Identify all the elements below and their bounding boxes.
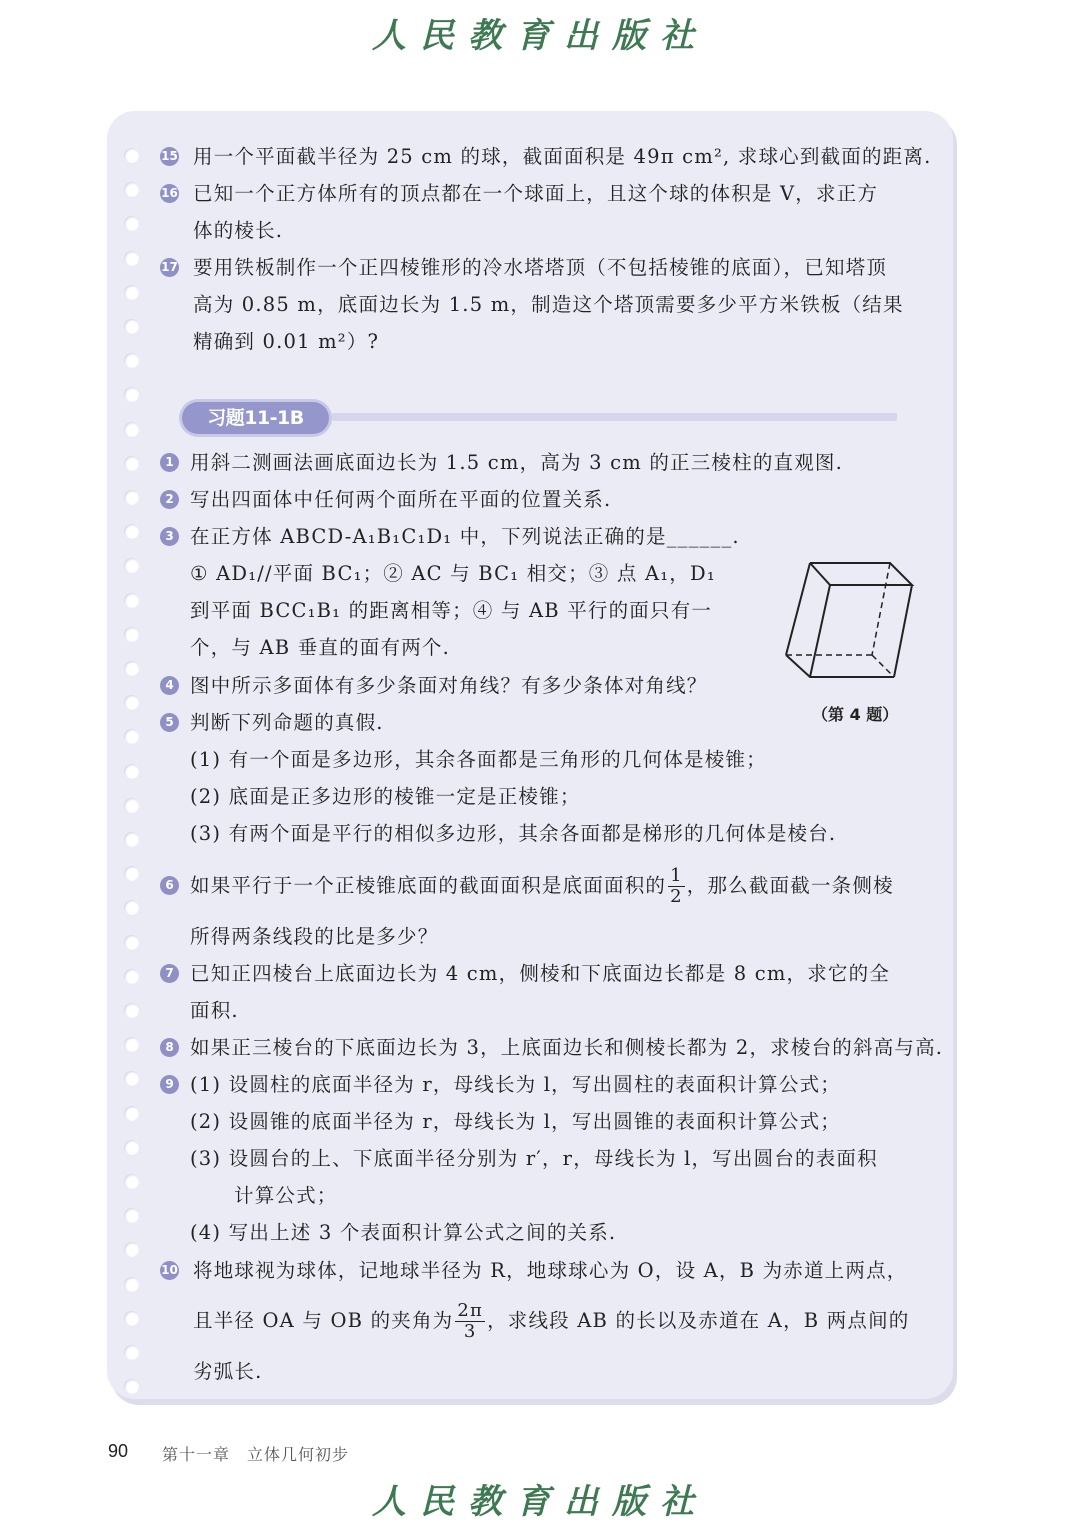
problem-badge-b2: 2 [160, 490, 179, 509]
problem-badge-b9: 9 [160, 1075, 179, 1094]
binder-hole [124, 422, 139, 437]
problem-b3-options-line3: 个，与 AB 垂直的面有两个. [190, 636, 450, 660]
problem-b6-text-after: ，那么截面截一条侧棱 [687, 874, 894, 897]
binder-hole [124, 935, 139, 950]
figure-caption: （第 4 题） [812, 702, 898, 725]
binder-hole [124, 216, 139, 231]
fraction-numerator: 2π [455, 1301, 485, 1322]
binder-hole [124, 285, 139, 300]
binder-hole [124, 729, 139, 744]
binder-hole [124, 490, 139, 505]
problem-b5-text: 判断下列命题的真假. [190, 711, 384, 735]
problem-16-line1: 已知一个正方体所有的顶点都在一个球面上，且这个球的体积是 V，求正方 [193, 182, 878, 206]
problem-b6-line1: 如果平行于一个正棱锥底面的截面面积是底面面积的12，那么截面截一条侧棱 [190, 862, 894, 910]
problem-b6-line2: 所得两条线段的比是多少？ [190, 925, 438, 949]
binder-hole [124, 353, 139, 368]
problem-b7-line2: 面积. [190, 999, 239, 1023]
binder-hole [124, 1311, 139, 1326]
fraction-denominator: 2 [668, 887, 685, 907]
problem-b10-text-after: ，求线段 AB 的长以及赤道在 A，B 两点间的 [487, 1309, 909, 1332]
problem-b3-options-line2: 到平面 BCC₁B₁ 的距离相等；④ 与 AB 平行的面只有一 [190, 599, 712, 623]
binder-hole [124, 558, 139, 573]
problem-badge-b4: 4 [160, 676, 179, 695]
problem-17-line1: 要用铁板制作一个正四棱锥形的冷水塔塔顶（不包括棱锥的底面），已知塔顶 [193, 256, 887, 280]
fraction-one-half: 12 [668, 866, 685, 907]
binder-hole [124, 1379, 139, 1394]
problem-b4-text: 图中所示多面体有多少条面对角线？有多少条体对角线？ [190, 674, 708, 698]
binder-hole [124, 695, 139, 710]
problem-17-line2: 高为 0.85 m，底面边长为 1.5 m，制造这个塔顶需要多少平方米铁板（结果 [193, 293, 904, 317]
section-divider [332, 413, 897, 421]
binder-hole [124, 969, 139, 984]
parallelepiped-figure [782, 560, 917, 710]
fraction-denominator: 3 [455, 1322, 485, 1342]
problem-badge-b6: 6 [160, 876, 179, 895]
fraction-two-pi-thirds: 2π3 [455, 1301, 485, 1342]
binder-hole [124, 866, 139, 881]
binder-hole [124, 1037, 139, 1052]
problem-b9-sub3-cont: 计算公式； [234, 1184, 338, 1208]
problem-17-line3: 精确到 0.01 m²）? [193, 330, 379, 354]
problem-b10-line3: 劣弧长. [193, 1360, 263, 1384]
binder-hole [124, 593, 139, 608]
publisher-watermark-bottom: 人民教育出版社 [0, 1474, 1080, 1523]
binder-hole [124, 1174, 139, 1189]
binder-hole [124, 148, 139, 163]
binder-hole [124, 627, 139, 642]
problem-b9-sub4: (4) 写出上述 3 个表面积计算公式之间的关系. [190, 1221, 616, 1245]
binder-hole [124, 1277, 139, 1292]
problem-badge-b1: 1 [160, 453, 179, 472]
problem-b10-line1: 将地球视为球体，记地球半径为 R，地球球心为 O，设 A，B 为赤道上两点， [193, 1259, 907, 1283]
problem-b1-text: 用斜二测画法画底面边长为 1.5 cm，高为 3 cm 的正三棱柱的直观图. [190, 451, 843, 475]
binder-hole [124, 900, 139, 915]
binder-hole [124, 1345, 139, 1360]
problem-badge-b10: 10 [160, 1261, 179, 1280]
problem-b10-line2: 且半径 OA 与 OB 的夹角为2π3，求线段 AB 的长以及赤道在 A，B 两… [193, 1297, 910, 1345]
problem-b5-sub3: (3) 有两个面是平行的相似多边形，其余各面都是梯形的几何体是棱台. [190, 822, 836, 846]
problem-b5-sub2: (2) 底面是正多边形的棱锥一定是正棱锥； [190, 785, 581, 809]
problem-b7-line1: 已知正四棱台上底面边长为 4 cm，侧棱和下底面边长都是 8 cm，求它的全 [190, 962, 890, 986]
section-header: 习题11-1B [182, 402, 897, 436]
binder-hole [124, 764, 139, 779]
problem-badge-b8: 8 [160, 1038, 179, 1057]
problem-b5-sub1: (1) 有一个面是多边形，其余各面都是三角形的几何体是棱锥； [190, 748, 767, 772]
binder-hole [124, 319, 139, 334]
binder-hole [124, 524, 139, 539]
problem-b8-text: 如果正三棱台的下底面边长为 3，上底面边长和侧棱长都为 2，求棱台的斜高与高. [190, 1036, 943, 1060]
binder-hole [124, 1242, 139, 1257]
binder-hole [124, 832, 139, 847]
binder-hole [124, 1208, 139, 1223]
problem-badge-b5: 5 [160, 713, 179, 732]
binder-hole [124, 1003, 139, 1018]
binder-hole [124, 1140, 139, 1155]
binder-hole [124, 251, 139, 266]
chapter-title: 第十一章 立体几何初步 [162, 1442, 349, 1465]
page-number: 90 [108, 1441, 128, 1462]
problem-b9-sub1: (1) 设圆柱的底面半径为 r，母线长为 l，写出圆柱的表面积计算公式； [190, 1073, 841, 1097]
problem-b9-sub2: (2) 设圆锥的底面半径为 r，母线长为 l，写出圆锥的表面积计算公式； [190, 1110, 841, 1134]
problem-b6-text-before: 如果平行于一个正棱锥底面的截面面积是底面面积的 [190, 874, 666, 897]
problem-15-text: 用一个平面截半径为 25 cm 的球，截面面积是 49π cm², 求球心到截面… [193, 145, 931, 169]
problem-b10-text-before: 且半径 OA 与 OB 的夹角为 [193, 1309, 453, 1332]
binder-hole [124, 182, 139, 197]
binder-hole [124, 1071, 139, 1086]
binder-hole [124, 798, 139, 813]
binder-hole [124, 387, 139, 402]
problem-badge-16: 16 [160, 184, 179, 203]
problem-16-line2: 体的棱长. [193, 219, 283, 243]
binder-hole [124, 456, 139, 471]
section-title: 习题11-1B [182, 402, 329, 434]
problem-badge-15: 15 [160, 147, 179, 166]
problem-b9-sub3: (3) 设圆台的上、下底面半径分别为 r′，r，母线长为 l，写出圆台的表面积 [190, 1147, 878, 1171]
binder-hole [124, 661, 139, 676]
problem-badge-b7: 7 [160, 964, 179, 983]
problem-badge-17: 17 [160, 258, 179, 277]
binder-hole [124, 1106, 139, 1121]
fraction-numerator: 1 [668, 866, 685, 887]
problem-badge-b3: 3 [160, 527, 179, 546]
problem-b3-options-line1: ① AD₁//平面 BC₁；② AC 与 BC₁ 相交；③ 点 A₁，D₁ [190, 562, 716, 586]
publisher-watermark-top: 人民教育出版社 [0, 8, 1080, 57]
problem-b2-text: 写出四面体中任何两个面所在平面的位置关系. [190, 488, 611, 512]
problem-b3-text: 在正方体 ABCD-A₁B₁C₁D₁ 中，下列说法正确的是______. [190, 525, 740, 549]
